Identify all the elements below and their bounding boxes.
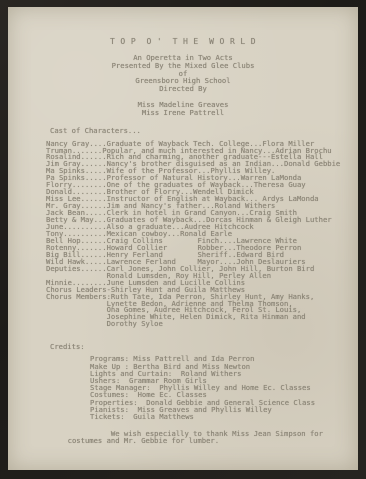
credits-heading: Credits: xyxy=(50,342,358,351)
cast-line: Dorothy Syloe xyxy=(46,321,358,328)
program-body: Cast of Characters... Nancy Gray....Grad… xyxy=(8,126,358,445)
cast-heading: Cast of Characters... xyxy=(50,126,358,135)
program-page: T O P O ' T H E W O R L D An Operetta in… xyxy=(8,7,358,470)
subtitle-block: An Operetta in Two ActsPresented By the … xyxy=(8,54,358,93)
credit-line: Tickets: Guila Matthews xyxy=(90,413,358,420)
subtitle-line: Directed By xyxy=(8,85,358,93)
closing-note: We wish especially to thank Miss Jean Si… xyxy=(46,430,358,444)
cast-list: Nancy Gray....Graduate of Wayback Tech. … xyxy=(46,141,358,329)
page-title: T O P O ' T H E W O R L D xyxy=(8,37,358,46)
program-header: T O P O ' T H E W O R L D An Operetta in… xyxy=(8,7,358,117)
closing-line: costumes and Mr. Gebbie for lumber. xyxy=(46,437,358,444)
director-line: Miss Irene Pattrell xyxy=(8,109,358,117)
directors-block: Miss Madeline GreavesMiss Irene Pattrell xyxy=(8,101,358,117)
credits-list: Programs: Miss Pattrell and Ida PerronMa… xyxy=(90,355,358,420)
